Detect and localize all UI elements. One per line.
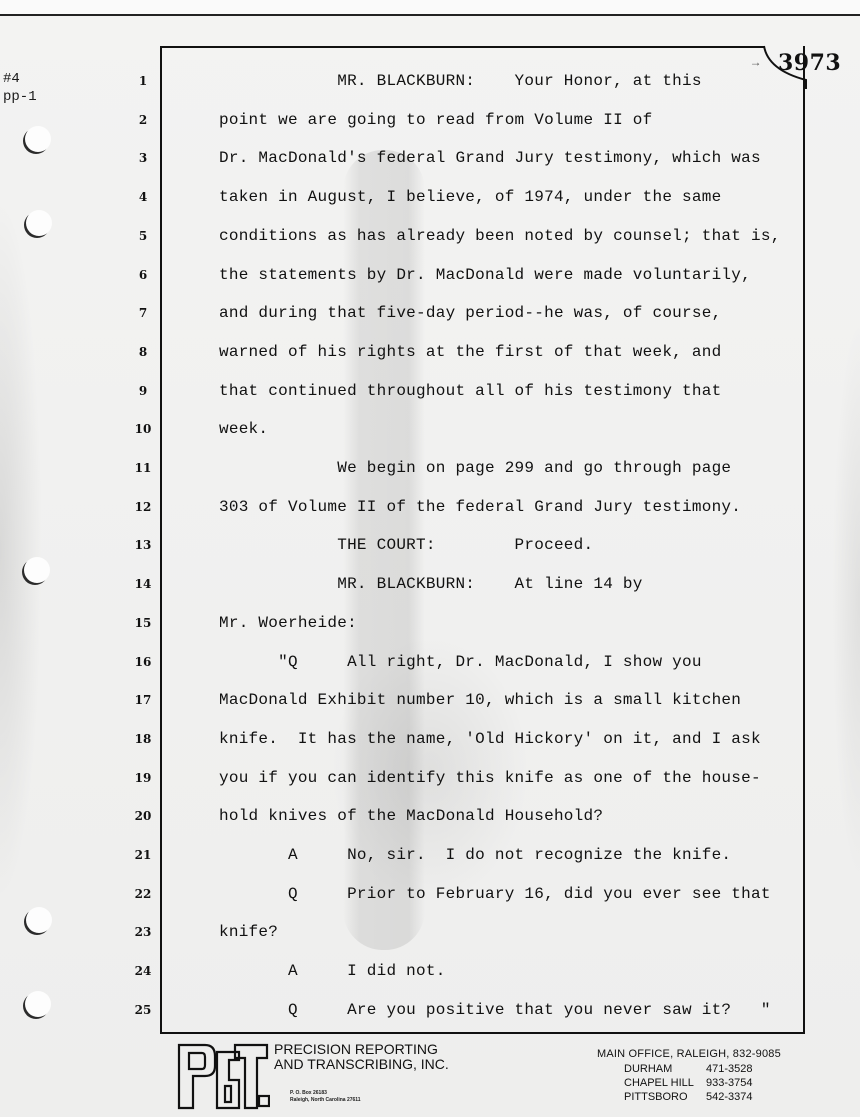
line-number: 14: [128, 577, 158, 591]
company-logo: [175, 1042, 270, 1112]
office-contacts: MAIN OFFICE, RALEIGH, 832-9085 DURHAM471…: [597, 1046, 781, 1104]
line-number: 4: [128, 190, 158, 204]
transcript-line: A I did not.: [219, 962, 446, 980]
transcript-line: 303 of Volume II of the federal Grand Ju…: [219, 498, 741, 516]
line-number: 8: [128, 345, 158, 359]
transcript-line: and during that five-day period--he was,…: [219, 304, 721, 322]
transcript-line: that continued throughout all of his tes…: [219, 382, 721, 400]
page-part-mark: pp-1: [3, 88, 37, 106]
office-row: PITTSBORO542-3374: [624, 1090, 781, 1104]
transcript-line: MR. BLACKBURN: At line 14 by: [219, 575, 643, 593]
line-number: 9: [128, 384, 158, 398]
line-number: 24: [128, 964, 158, 978]
binder-hole-icon: [24, 557, 50, 583]
line-number: 12: [128, 500, 158, 514]
line-number: 10: [128, 422, 158, 436]
transcript-line: knife?: [219, 923, 278, 941]
line-number: 20: [128, 809, 158, 823]
line-number: 6: [128, 268, 158, 282]
line-number: 19: [128, 771, 158, 785]
line-number: 25: [128, 1003, 158, 1017]
transcript-frame-top: [160, 46, 765, 48]
line-number: 7: [128, 306, 158, 320]
line-number: 3: [128, 151, 158, 165]
transcript-line: week.: [219, 420, 268, 438]
transcript-line: A No, sir. I do not recognize the knife.: [219, 846, 731, 864]
transcript-line: Dr. MacDonald's federal Grand Jury testi…: [219, 149, 761, 167]
line-number: 1: [128, 74, 158, 88]
transcript-line: taken in August, I believe, of 1974, und…: [219, 188, 721, 206]
binder-hole-icon: [26, 210, 52, 236]
transcript-line: Mr. Woerheide:: [219, 614, 357, 632]
company-address: P. O. Box 26183 Raleigh, North Carolina …: [290, 1090, 361, 1104]
line-number: 15: [128, 616, 158, 630]
line-number: 5: [128, 229, 158, 243]
margin-annotation: #4 pp-1: [3, 70, 37, 106]
transcript-line: "Q All right, Dr. MacDonald, I show you: [219, 653, 702, 671]
transcript-line: Q Prior to February 16, did you ever see…: [219, 885, 771, 903]
page-number: 3973: [778, 50, 841, 76]
transcript-line: point we are going to read from Volume I…: [219, 111, 652, 129]
office-city: DURHAM: [624, 1062, 706, 1076]
office-phone: 933-3754: [706, 1077, 753, 1089]
transcript-line: Q Are you positive that you never saw it…: [219, 1001, 771, 1019]
binder-hole-icon: [25, 991, 51, 1017]
office-row: CHAPEL HILL933-3754: [624, 1076, 781, 1090]
transcript-line: hold knives of the MacDonald Household?: [219, 807, 603, 825]
transcript-line: MacDonald Exhibit number 10, which is a …: [219, 691, 741, 709]
line-number: 21: [128, 848, 158, 862]
transcript-line: THE COURT: Proceed.: [219, 536, 593, 554]
office-city: CHAPEL HILL: [624, 1076, 706, 1090]
previous-page-edge: [0, 0, 860, 16]
main-office: MAIN OFFICE, RALEIGH, 832-9085: [597, 1046, 781, 1062]
transcript-line: warned of his rights at the first of tha…: [219, 343, 721, 361]
transcript-line: you if you can identify this knife as on…: [219, 769, 761, 787]
transcript-line: We begin on page 299 and go through page: [219, 459, 731, 477]
line-number: 18: [128, 732, 158, 746]
transcript-line: MR. BLACKBURN: Your Honor, at this: [219, 72, 702, 90]
line-number: 2: [128, 113, 158, 127]
company-name: PRECISION REPORTING AND TRANSCRIBING, IN…: [274, 1042, 449, 1072]
office-row: DURHAM471-3528: [624, 1062, 781, 1076]
line-number: 17: [128, 693, 158, 707]
binder-hole-icon: [25, 126, 51, 152]
arrow-icon: →: [752, 56, 759, 70]
transcript-line: conditions as has already been noted by …: [219, 227, 781, 245]
line-number: 11: [128, 461, 158, 475]
transcript-line: knife. It has the name, 'Old Hickory' on…: [219, 730, 761, 748]
office-list: DURHAM471-3528CHAPEL HILL933-3754PITTSBO…: [597, 1062, 781, 1104]
office-phone: 542-3374: [706, 1091, 753, 1103]
line-number: 16: [128, 655, 158, 669]
transcript-line: the statements by Dr. MacDonald were mad…: [219, 266, 751, 284]
line-number: 23: [128, 925, 158, 939]
exhibit-mark: #4: [3, 70, 37, 88]
binder-hole-icon: [26, 907, 52, 933]
office-phone: 471-3528: [706, 1063, 753, 1075]
line-number: 22: [128, 887, 158, 901]
office-city: PITTSBORO: [624, 1090, 706, 1104]
line-number: 13: [128, 538, 158, 552]
